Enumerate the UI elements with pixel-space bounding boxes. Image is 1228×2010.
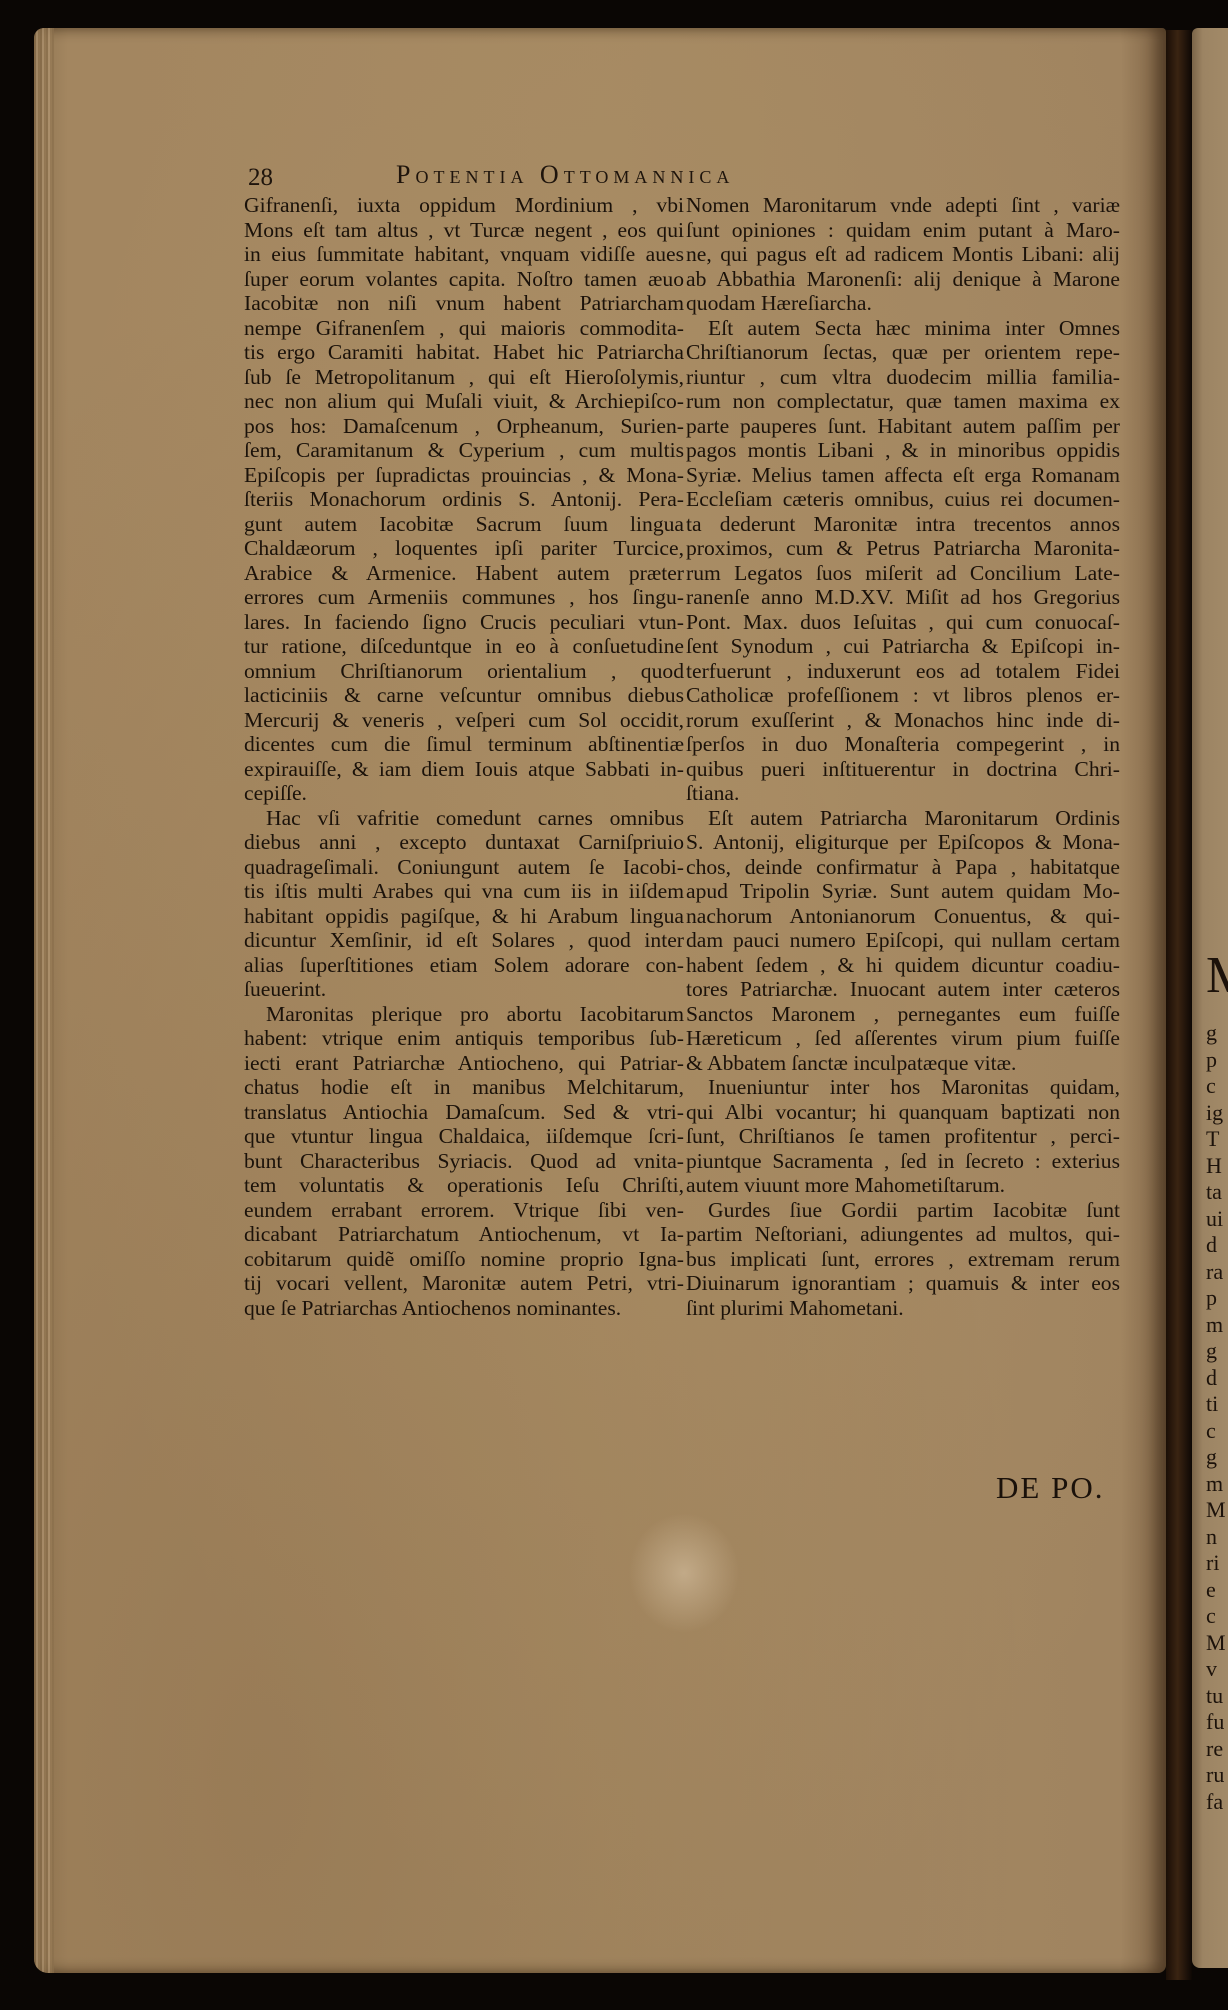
text-line: habent: vtrique enim antiquis temporibus… — [244, 1026, 684, 1051]
text-line: Gurdes ſiue Gordii partim Iacobitæ ſunt — [686, 1198, 1120, 1223]
text-line: Hæreticum , ſed aſſerentes virum pium fu… — [686, 1026, 1120, 1051]
text-line: ſunt, Chriſtianos ſe tamen profitentur ,… — [686, 1124, 1120, 1149]
text-line: ta dederunt Maronitæ intra trecentos ann… — [686, 512, 1120, 537]
book-gutter — [1166, 30, 1192, 1980]
adjacent-page-text-fragment: ti — [1206, 1391, 1218, 1417]
text-line: parte pauperes ſunt. Habitant autem paſſ… — [686, 414, 1120, 439]
text-line: tem voluntatis & operationis Ieſu Chriſt… — [244, 1173, 684, 1198]
text-line: Mons eſt tam altus , vt Turcæ negent , e… — [244, 218, 684, 243]
text-line: Epiſcopis per ſupradictas prouincias , &… — [244, 463, 684, 488]
text-line: ranenſe anno M.D.XV. Miſit ad hos Gregor… — [686, 585, 1120, 610]
text-line: tis ergo Caramiti habitat. Habet hic Pat… — [244, 340, 684, 365]
left-text-column: Gifranenſi, iuxta oppidum Mordinium , vb… — [244, 193, 684, 1320]
text-line: Maronitas plerique pro abortu Iacobitaru… — [244, 1002, 684, 1027]
adjacent-page-text-fragment: n — [1206, 1524, 1217, 1550]
text-line: apud Tripolin Syriæ. Sunt autem quidam M… — [686, 879, 1120, 904]
text-line: Sanctos Maronem , pernegantes eum fuiſſe — [686, 1002, 1120, 1027]
text-line: ſuper eorum volantes capita. Noſtro tame… — [244, 267, 684, 292]
text-line: tores Patriarchæ. Inuocant autem inter c… — [686, 977, 1120, 1002]
adjacent-page-text-fragment: ru — [1206, 1762, 1224, 1788]
text-line: iecti erant Patriarchæ Antiocheno, qui P… — [244, 1051, 684, 1076]
text-line: pos hos: Damaſcenum , Orpheanum, Surien- — [244, 414, 684, 439]
text-line: diebus anni , excepto duntaxat Carniſpri… — [244, 830, 684, 855]
adjacent-page-text-fragment: c — [1206, 1418, 1216, 1444]
text-line: qui Albi vocantur; hi quanquam baptizati… — [686, 1100, 1120, 1125]
text-line: autem viuunt more Mahometiſtarum. — [686, 1173, 1120, 1198]
adjacent-page-text-fragment: ta — [1206, 1179, 1222, 1205]
text-line: proximos, cum & Petrus Patriarcha Maroni… — [686, 536, 1120, 561]
text-line: habent ſedem , & hi quidem dicuntur coad… — [686, 953, 1120, 978]
text-line: expirauiſſe, & iam diem Iouis atque Sabb… — [244, 757, 684, 782]
text-line: ſperſos in duo Monaſteria compegerint , … — [686, 732, 1120, 757]
text-line: gunt autem Iacobitæ Sacrum ſuum lingua — [244, 512, 684, 537]
text-line: nachorum Antonianorum Conuentus, & qui- — [686, 904, 1120, 929]
text-line: quibus pueri inſtituerentur in doctrina … — [686, 757, 1120, 782]
adjacent-page-text-fragment: ig — [1206, 1100, 1223, 1126]
text-line: nec non alium qui Muſali viuit, & Archie… — [244, 389, 684, 414]
text-line: Eſt autem Patriarcha Maronitarum Ordinis — [686, 806, 1120, 831]
adjacent-page-text-fragment: c — [1206, 1603, 1216, 1629]
text-line: alias ſuperſtitiones etiam Solem adorare… — [244, 953, 684, 978]
text-line: in eius ſummitate habitant, vnquam vidiſ… — [244, 242, 684, 267]
text-line: Iacobitæ non niſi vnum habent Patriarcha… — [244, 291, 684, 316]
text-line: Arabice & Armenice. Habent autem præter — [244, 561, 684, 586]
text-line: terfuerunt , induxerunt eos ad totalem F… — [686, 659, 1120, 684]
text-line: dicabant Patriarchatum Antiochenum, vt I… — [244, 1222, 684, 1247]
text-line: que ſe Patriarchas Antiochenos nominante… — [244, 1296, 684, 1321]
text-line: S. Antonij, eligiturque per Epiſcopos & … — [686, 830, 1120, 855]
adjacent-page-text-fragment: M — [1206, 1497, 1226, 1523]
adjacent-page-text-fragment: g — [1206, 1338, 1217, 1364]
adjacent-page-text-fragment: p — [1206, 1047, 1217, 1073]
adjacent-page-text-fragment: e — [1206, 1577, 1216, 1603]
text-line: ſub ſe Metropolitanum , qui eſt Hieroſol… — [244, 365, 684, 390]
text-line: dam pauci numero Epiſcopi, qui nullam ce… — [686, 928, 1120, 953]
adjacent-page-text-fragment: p — [1206, 1285, 1217, 1311]
text-line: rum non complectatur, quæ tamen maxima e… — [686, 389, 1120, 414]
page-number: 28 — [248, 164, 273, 192]
text-line: habitant oppidis pagiſque, & hi Arabum l… — [244, 904, 684, 929]
text-line: cepiſſe. — [244, 781, 684, 806]
text-line: quodam Hæreſiarcha. — [686, 291, 1120, 316]
text-line: rorum exuſſerint , & Monachos hinc inde … — [686, 708, 1120, 733]
adjacent-page-text-fragment: d — [1206, 1365, 1217, 1391]
text-line: dicuntur Xemſinir, id eſt Solares , quod… — [244, 928, 684, 953]
adjacent-page-text-fragment: re — [1206, 1736, 1223, 1762]
text-line: omnium Chriſtianorum orientalium , quod — [244, 659, 684, 684]
text-line: cobitarum quidẽ omiſſo nomine proprio Ig… — [244, 1247, 684, 1272]
page-header: 28 Potentia Ottomannica — [248, 160, 948, 196]
text-line: eundem errabant errorem. Vtrique ſibi ve… — [244, 1198, 684, 1223]
text-line: Syriæ. Melius tamen affecta eſt erga Rom… — [686, 463, 1120, 488]
paper-stain — [624, 1508, 744, 1638]
text-line: Hac vſi vafritie comedunt carnes omnibus — [244, 806, 684, 831]
text-line: Pont. Max. duos Ieſuitas , qui cum conuo… — [686, 610, 1120, 635]
text-line: dicentes cum die ſimul terminum abſtinen… — [244, 732, 684, 757]
text-line: que vtuntur lingua Chaldaica, iiſdemque … — [244, 1124, 684, 1149]
right-text-column: Nomen Maronitarum vnde adepti ſint , var… — [686, 193, 1120, 1320]
adjacent-page-text-fragment: M — [1206, 963, 1228, 989]
text-line: piuntque Sacramenta , ſed in ſecreto : e… — [686, 1149, 1120, 1174]
text-line: ſunt opiniones : quidam enim putant à Ma… — [686, 218, 1120, 243]
page-edges — [34, 28, 54, 1973]
text-line: riuntur , cum vltra duodecim millia fami… — [686, 365, 1120, 390]
text-line: pagos montis Libani , & in minoribus opp… — [686, 438, 1120, 463]
text-line: chos, deinde confirmatur à Papa , habita… — [686, 855, 1120, 880]
text-line: rum Legatos ſuos miſerit ad Concilium La… — [686, 561, 1120, 586]
adjacent-page-text-fragment: tu — [1206, 1683, 1223, 1709]
adjacent-page-text-fragment: m — [1206, 1312, 1223, 1338]
text-line: Mercurij & veneris , veſperi cum Sol occ… — [244, 708, 684, 733]
text-line: ſint plurimi Mahometani. — [686, 1296, 1120, 1321]
text-line: lares. In faciendo ſigno Crucis peculiar… — [244, 610, 684, 635]
text-line: Gifranenſi, iuxta oppidum Mordinium , vb… — [244, 193, 684, 218]
text-line: Nomen Maronitarum vnde adepti ſint , var… — [686, 193, 1120, 218]
text-line: tij vocari vellent, Maronitæ autem Petri… — [244, 1271, 684, 1296]
text-line: quadrageſimali. Coniungunt autem ſe Iaco… — [244, 855, 684, 880]
text-line: Chriſtianorum ſectas, quæ per orientem r… — [686, 340, 1120, 365]
adjacent-page-text-fragment: d — [1206, 1232, 1217, 1258]
text-line: errores cum Armeniis communes , hos ſing… — [244, 585, 684, 610]
adjacent-page-text-fragment: m — [1206, 1471, 1223, 1497]
text-line: translatus Antiochia Damaſcum. Sed & vtr… — [244, 1100, 684, 1125]
text-line: Eccleſiam cæteris omnibus, cuius rei doc… — [686, 487, 1120, 512]
adjacent-page-text-fragment: T — [1206, 1126, 1219, 1152]
adjacent-page-text-fragment: H — [1206, 1153, 1222, 1179]
text-line: ne, qui pagus eſt ad radicem Montis Liba… — [686, 242, 1120, 267]
text-line: Catholicæ profeſſionem : vt libros pleno… — [686, 683, 1120, 708]
text-line: partim Neſtoriani, adiungentes ad multos… — [686, 1222, 1120, 1247]
adjacent-page-text-fragment: ri — [1206, 1550, 1219, 1576]
text-line: Diuinarum ignorantiam ; quamuis & inter … — [686, 1271, 1120, 1296]
adjacent-page-text-fragment: M — [1206, 1630, 1226, 1656]
adjacent-page-text-fragment: ui — [1206, 1206, 1223, 1232]
adjacent-page-text-fragment: c — [1206, 1073, 1216, 1099]
adjacent-page-text-fragment: ra — [1206, 1259, 1223, 1285]
text-line: ſent Synodum , cui Patriarcha & Epiſcopi… — [686, 634, 1120, 659]
text-line: & Abbatem ſanctæ inculpatæque vitæ. — [686, 1051, 1120, 1076]
catchword: DE PO. — [996, 1470, 1104, 1506]
text-line: Inueniuntur inter hos Maronitas quidam, — [686, 1075, 1120, 1100]
text-line: tis iſtis multi Arabes qui vna cum iis i… — [244, 879, 684, 904]
adjacent-page-text-fragment: g — [1206, 1020, 1217, 1046]
adjacent-page-edge: MgpcigTHtauidrapmgdticgmMnriecMvtufureru… — [1192, 28, 1228, 1968]
text-line: chatus hodie eſt in manibus Melchitarum, — [244, 1075, 684, 1100]
text-line: tur ratione, diſceduntque in eo à conſue… — [244, 634, 684, 659]
text-line: Chaldæorum , loquentes ipſi pariter Turc… — [244, 536, 684, 561]
text-line: nempe Gifranenſem , qui maioris commodit… — [244, 316, 684, 341]
adjacent-page-text-fragment: fa — [1206, 1789, 1223, 1815]
adjacent-page-text-fragment: fu — [1206, 1709, 1224, 1735]
text-line: ſteriis Monachorum ordinis S. Antonij. P… — [244, 487, 684, 512]
text-line: ſem, Caramitanum & Cyperium , cum multis — [244, 438, 684, 463]
text-line: Eſt autem Secta hæc minima inter Omnes — [686, 316, 1120, 341]
text-line: ab Abbathia Maronenſi: alij denique à Ma… — [686, 267, 1120, 292]
text-line: bus implicati ſunt, errores , extremam r… — [686, 1247, 1120, 1272]
adjacent-page-text-fragment: g — [1206, 1444, 1217, 1470]
running-title: Potentia Ottomannica — [396, 160, 734, 190]
text-line: lacticiniis & carne veſcuntur omnibus di… — [244, 683, 684, 708]
text-line: ſueuerint. — [244, 977, 684, 1002]
text-line: ſtiana. — [686, 781, 1120, 806]
adjacent-page-text-fragment: v — [1206, 1656, 1217, 1682]
text-line: bunt Characteribus Syriacis. Quod ad vni… — [244, 1149, 684, 1174]
